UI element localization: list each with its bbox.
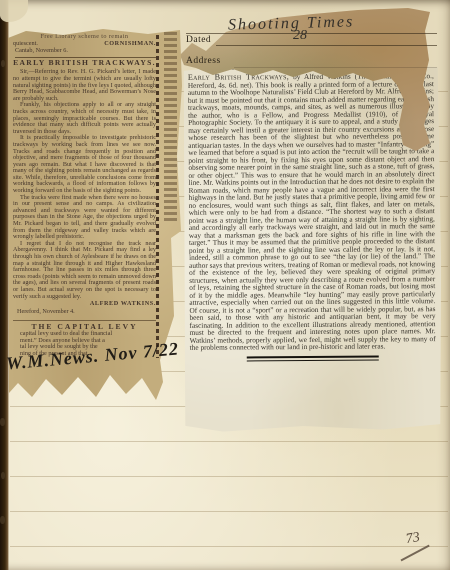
scrapbook-page: Early British Trackways, by Alfred Watki… (0, 0, 450, 570)
torn-top-fragment: Free Library scheme to remain (13, 34, 156, 41)
torn-top-fragment-2: quiescent. (13, 41, 38, 48)
letter-paragraph: Frankly, his objections apply to all or … (13, 102, 156, 135)
binding-edge (0, 0, 9, 570)
column-rule (156, 28, 159, 358)
page-number: 73 (405, 530, 422, 548)
edge-mark (0, 516, 5, 524)
letter-place-date: Hereford, November 4. (17, 309, 156, 316)
letter-paragraph: Sir,—Referring to Rev. H. G. Pickard’s l… (13, 69, 156, 102)
dated-line (216, 45, 437, 46)
address-line (234, 67, 437, 68)
letter-paragraph: It is practically impossible to investig… (13, 135, 156, 194)
letter-headline: EARLY BRITISH TRACKWAYS. (13, 60, 156, 67)
edge-mark (1, 472, 5, 479)
handwritten-publication-title: Shooting Times (228, 13, 355, 34)
corner-tear (0, 0, 28, 22)
letter-paragraph: I regret that I do not recognise the tra… (13, 241, 156, 300)
handwritten-date-value: 28 (293, 28, 307, 44)
address-label: Address (186, 56, 221, 66)
newspaper-source-name: CORNISHMAN. (104, 41, 156, 48)
adjacent-column-sliver (164, 26, 177, 221)
letter-signature: ALFRED WATKINS. (13, 301, 156, 308)
title-line (186, 33, 437, 34)
end-rule (246, 355, 379, 361)
review-body: by Alfred Watkins (The Watkins Meter Co.… (188, 71, 436, 352)
edge-mark (1, 60, 5, 67)
letter-paragraph: The tracks were first made when there we… (13, 195, 156, 241)
edge-mark (0, 418, 5, 426)
letter-dateline: Cantab, November 6. (15, 48, 156, 58)
review-paragraph: Early British Trackways, by Alfred Watki… (188, 72, 436, 351)
dated-label: Dated (186, 35, 211, 45)
